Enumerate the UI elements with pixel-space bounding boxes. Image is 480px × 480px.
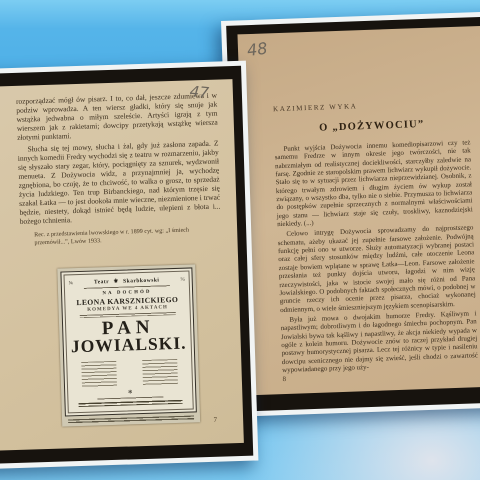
body-paragraph: Punkt wyjścia Dożywocia innemu komediopi… <box>274 139 473 229</box>
body-paragraph: Celowo intrygę Dożywocia sprowadzamy do … <box>277 225 476 315</box>
illegible-caption-line <box>68 416 193 424</box>
illegible-text-line <box>79 400 182 407</box>
cast-list-column <box>81 361 116 389</box>
footnote: Rec. z przedstawienia lwowskiego w r. 18… <box>34 227 211 248</box>
handwritten-page-number: 47 <box>189 82 210 102</box>
theatre-label: Teatr <box>94 279 109 285</box>
divider-star-icon: ✻ <box>70 389 190 398</box>
page-number: 7 <box>213 416 217 424</box>
right-page-paper: 48 KAZIMIERZ WYKA O „DOŻYWOCIU” Punkt wy… <box>237 25 480 395</box>
page-number: 8 <box>282 375 286 383</box>
left-page-black-frame: 47 rozporządzać mógł ów pisarz. I to, co… <box>0 66 253 465</box>
body-paragraph: Była już mowa o dwojakim humorze Fredry.… <box>280 310 478 375</box>
playbill: № 76 Teatr ⚜ Skarbkowski NA DOCHÓD LEONA… <box>60 268 196 417</box>
playbill-title-line-2: JOWIALSKI. <box>68 335 188 356</box>
chapter-title: O „DOŻYWOCIU” <box>274 117 470 135</box>
right-page-card: 48 KAZIMIERZ WYKA O „DOŻYWOCIU” Punkt wy… <box>221 11 480 417</box>
body-paragraph: Słucha się tej mowy, słucha i żal, gdy j… <box>17 139 220 226</box>
theatre-name: Skarbkowski <box>123 278 160 285</box>
cast-list-column <box>143 359 178 387</box>
body-paragraph: rozporządzać mógł ów pisarz. I to, co da… <box>16 91 218 142</box>
handwritten-page-number: 48 <box>246 39 269 60</box>
author-name: KAZIMIERZ WYKA <box>273 98 469 113</box>
right-page-black-frame: 48 KAZIMIERZ WYKA O „DOŻYWOCIU” Punkt wy… <box>226 16 480 412</box>
playbill-cast-list <box>69 359 190 390</box>
scanned-book-pages-collage: 48 KAZIMIERZ WYKA O „DOŻYWOCIU” Punkt wy… <box>0 0 480 480</box>
right-page-body: Punkt wyjścia Dożywocia innemu komediopi… <box>274 139 478 375</box>
left-page-paper: 47 rozporządzać mógł ów pisarz. I to, co… <box>0 79 244 451</box>
playbill-corner-mark: 76 <box>180 277 185 282</box>
left-page-card: 47 rozporządzać mógł ów pisarz. I to, co… <box>0 61 258 470</box>
playbill-corner-mark: № <box>69 280 73 285</box>
crest-icon: ⚜ <box>113 279 119 285</box>
left-page-body: rozporządzać mógł ów pisarz. I to, co da… <box>16 91 221 226</box>
playbill-reproduction: № 76 Teatr ⚜ Skarbkowski NA DOCHÓD LEONA… <box>57 265 200 427</box>
